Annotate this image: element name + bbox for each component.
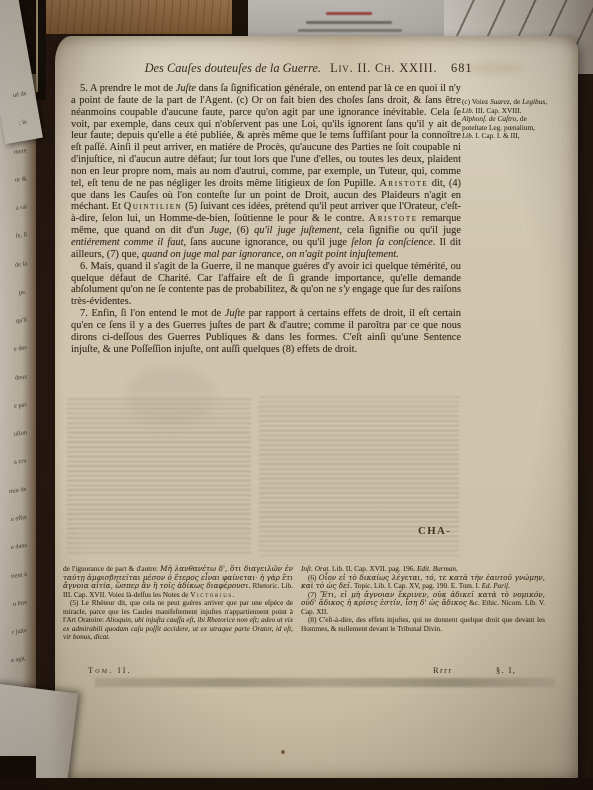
margin-note: (c) Voiez Suarez, de Legibus, Lib. III. … [462,98,548,141]
footnote-paragraph: de l'ignorance de part & d'autre: Μὴ λαν… [63,565,293,599]
facing-page-fragment: uſion [13,430,27,438]
facing-page-fragment: or & [15,176,28,184]
body-text: 5. A prendre le mot de Juſte dans ſa ſig… [71,83,461,355]
table-shadow-strip [0,778,593,790]
facing-page-fragment: e pas [14,402,28,410]
bleedthrough-fade [63,392,463,562]
facing-page-fragment: ; le [19,120,28,127]
section-mark: §. I, [496,666,516,675]
illegible-text-line [306,21,392,24]
facing-page-fragment: ſe, ſi [15,233,27,241]
facing-page-fragment: a agit, [11,656,27,665]
footnote-paragraph: (8) C'eſt-à-dire, des effets injuſtes, q… [301,616,545,633]
facing-page-fragment: de ſa [14,261,27,269]
running-title-roman: Liv. II. Ch. XXIII. [330,61,437,75]
facing-page-fragment: e effet [11,515,28,524]
facing-page-fragment: mot de [9,487,27,496]
page: Des Cauſes douteuſes de la Guerre. Liv. … [55,36,578,780]
facing-page-fragment: e dans [10,543,27,552]
facing-page-fragment: ué de [13,91,27,99]
facing-page-fragment: mere [14,148,28,156]
body-paragraph: 5. A prendre le mot de Juſte dans ſa ſig… [71,83,461,261]
illegible-text-line [298,29,402,32]
paper-speck [281,750,285,754]
footnote-paragraph: (7) Ἔτι, εἰ μὴ ἄγνοιαν ἔκρινεν, οὐκ ἀδικ… [301,591,545,617]
facing-page-fragment: pe. [19,289,27,296]
body-paragraph: 6. Mais, quand il s'agit de la Guerre, i… [71,261,461,308]
footnote-paragraph: (6) Οἷον εἰ τὸ δικαίως λέγεται, τό, τε κ… [301,574,545,591]
footnote-column-left: de l'ignorance de part & d'autre: Μὴ λαν… [63,565,293,642]
book-photo: Des Cauſes douteuſes de la Guerre. Liv. … [0,0,593,790]
facing-page-fragment: a cru [14,459,27,467]
gilt-edge-line [36,0,38,92]
wooden-shelf [44,0,234,34]
body-paragraph: 7. Enfin, ſi l'on entend le mot de Juſte… [71,308,461,355]
facing-page-fragment: n être [12,600,27,608]
facing-page-fragment: a rai [15,204,27,212]
tome-label: Tom. II. [88,666,132,675]
bottom-bleed-band [95,678,555,687]
facing-page-fragment: rient à [10,571,27,580]
page-number: 681 [451,61,473,76]
facing-page-fragments: ué de; lemereor &a raiſe, ſide ſape.qu'i… [0,92,31,692]
facing-page-fragment: qu'il [16,317,28,325]
book-cover-edge [576,52,593,790]
illegible-red-text-line [326,12,372,15]
running-title: Des Cauſes douteuſes de la Guerre. Liv. … [71,61,511,76]
running-title-italic: Des Cauſes douteuſes de la Guerre. [145,61,321,75]
catchword: CHA- [418,525,451,537]
footnote-paragraph: (5) Le Rhéteur dit, que cela ne peut gué… [63,599,293,642]
signature-mark: Rrrr [433,666,453,675]
footnote-column-right: Inſt. Orat. Lib. II. Cap. XVII. pag. 196… [301,565,545,633]
facing-page-fragment: r juſte [12,628,28,636]
facing-page-fragment: deux [14,374,27,382]
facing-page-fragment: e des [14,346,28,354]
